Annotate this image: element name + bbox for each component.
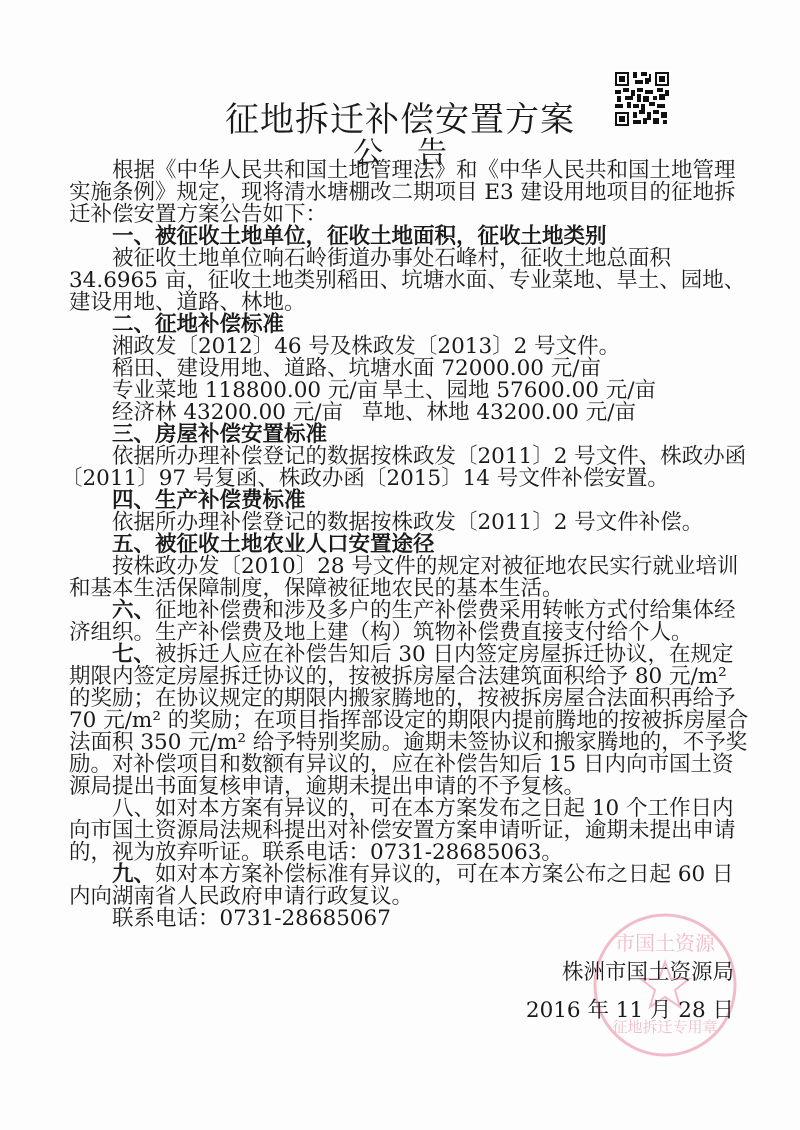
document-page: 征地拆迁补偿安置方案 公告 根据《中华人民共和国土地管理法》和《中华人民共和国土…	[0, 0, 800, 1130]
paragraph-8: 八、如对本方案有异议的，可在本方案发布之日起 10 个工作日内	[69, 798, 729, 820]
section-heading-5: 五、被征收土地农业人口安置途径	[69, 534, 729, 556]
paragraph-line: 内向湖南省人民政府申请行政复议。	[69, 886, 729, 908]
intro-line: 根据《中华人民共和国土地管理法》和《中华人民共和国土地管理	[69, 160, 729, 182]
paragraph-line: 源局提出书面复核申请，逾期未提出申请的不予复核。	[69, 776, 729, 798]
paragraph-7: 七、被拆迁人应在补偿告知后 30 日内签定房屋拆迁协议，在规定	[69, 644, 729, 666]
paragraph-6: 六、征地补偿费和涉及多户的生产补偿费采用转帐方式付给集体经	[69, 600, 729, 622]
section-line: 按株政办发〔2010〕28 号文件的规定对被征地农民实行就业培训	[69, 556, 729, 578]
section-line: 〔2011〕97 号复函、株政办函〔2015〕14 号文件补偿安置。	[61, 468, 729, 490]
section-heading-3: 三、房屋补偿安置标准	[69, 424, 729, 446]
paragraph-line: 期限内签定房屋拆迁协议的，按被拆房屋合法建筑面积给予 80 元/m²	[69, 666, 729, 688]
rate-row: 经济林 43200.00 元/亩草地、林地 43200.00 元/亩	[69, 402, 729, 424]
paragraph-9: 九、如对本方案补偿标准有异议的，可在本方案公布之日起 60 日	[69, 864, 729, 886]
seal-top-text: 市国土资源	[615, 931, 716, 955]
issuer-signature: 株洲市国土资源局	[562, 960, 734, 986]
intro-line: 迁补偿安置方案公告如下：	[69, 204, 729, 226]
rate-left: 专业菜地 118800.00 元/亩	[112, 380, 382, 402]
section-heading-4: 四、生产补偿费标准	[69, 490, 729, 512]
rate-left: 经济林 43200.00 元/亩	[112, 402, 362, 424]
paragraph-line: 向市国土资源局法规科提出对补偿安置方案申请听证，逾期未提出申请	[69, 820, 729, 842]
rate-right: 草地、林地 43200.00 元/亩	[362, 400, 636, 425]
paragraph-line: 70 元/m² 的奖励；在项目指挥部设定的期限内提前腾地的按被拆房屋合	[69, 710, 729, 732]
section-line: 依据所办理补偿登记的数据按株政发〔2011〕2 号文件、株政办函	[69, 446, 729, 468]
rate-row: 专业菜地 118800.00 元/亩旱土、园地 57600.00 元/亩	[69, 380, 729, 402]
section-line: 湘政发〔2012〕46 号及株政发〔2013〕2 号文件。	[69, 336, 729, 358]
document-body: 根据《中华人民共和国土地管理法》和《中华人民共和国土地管理 实施条例》规定，现将…	[69, 160, 729, 930]
section-line: 稻田、建设用地、道路、坑塘水面 72000.00 元/亩	[69, 358, 729, 380]
paragraph-line: 法面积 350 元/m² 给予特别奖励。逾期未签协议和搬家腾地的，不予奖	[69, 732, 729, 754]
section-line: 被征收土地单位响石岭街道办事处石峰村，征收土地总面积	[69, 248, 729, 270]
section-line: 依据所办理补偿登记的数据按株政发〔2011〕2 号文件补偿。	[69, 512, 729, 534]
section-heading-2: 二、征地补偿标准	[69, 314, 729, 336]
paragraph-line: 济组织。生产补偿费及地上建（构）筑物补偿费直接支付给个人。	[69, 622, 729, 644]
paragraph-line: 的，视为放弃听证。联系电话：0731-28685063。	[69, 842, 729, 864]
qr-code-icon	[613, 70, 671, 128]
issue-date: 2016 年 11 月 28 日	[526, 993, 734, 1024]
section-line: 建设用地、道路、林地。	[69, 292, 729, 314]
section-line: 34.6965 亩，征收土地类别稻田、坑塘水面、专业菜地、旱土、园地、	[69, 270, 729, 292]
intro-line: 实施条例》规定，现将清水塘棚改二期项目 E3 建设用地项目的征地拆	[69, 182, 729, 204]
section-line: 和基本生活保障制度，保障被征地农民的基本生活。	[69, 578, 729, 600]
paragraph-line: 的奖励；在协议规定的期限内搬家腾地的，按被拆房屋合法面积再给予	[69, 688, 729, 710]
section-heading-1: 一、被征收土地单位，征收土地面积，征收土地类别	[69, 226, 729, 248]
paragraph-line: 励。对补偿项目和数额有异议的，应在补偿告知后 15 日内向市国土资	[69, 754, 729, 776]
